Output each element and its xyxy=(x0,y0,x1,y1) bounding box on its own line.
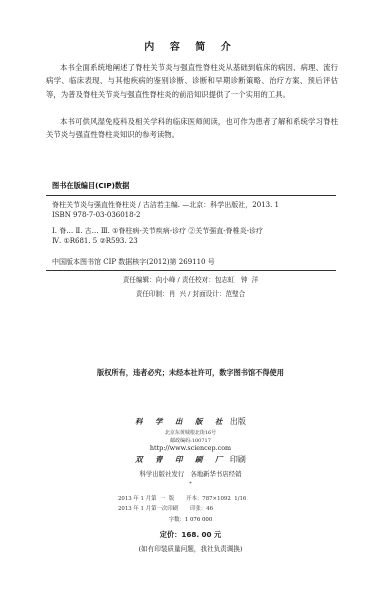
cip-top-divider xyxy=(46,195,336,196)
credits-production: 责任印制：肖 兴 / 封面设计：范璧合 xyxy=(0,288,381,298)
printer-line: 双 青 印 刷 厂 印刷 xyxy=(0,454,381,465)
publisher-name: 科 学 出 版 社 xyxy=(135,417,227,426)
printer-suffix: 印刷 xyxy=(227,455,246,464)
cip-catalog-number: 中国版本图书馆 CIP 数据核字(2012)第 269110 号 xyxy=(52,257,215,267)
credits-editors: 责任编辑：向小峰 / 责任校对：包志虹 钟 洋 xyxy=(0,274,381,284)
publisher-postcode: 邮政编码:100717 xyxy=(0,437,381,444)
separator-star: * xyxy=(0,481,381,487)
summary-paragraph-2: 本书可供风湿免疫科及相关学科的临床医师阅读，也可作为患者了解和系统学习脊柱关节炎… xyxy=(46,115,338,142)
summary-paragraph-1: 本书全面系统地阐述了脊柱关节炎与强直性脊柱炎从基础到临床的病因、病理、流行病学、… xyxy=(46,61,338,101)
edition-info: 2013 年 1 月第 一 版 开本：787×1092 1/16 xyxy=(118,494,246,502)
rights-notice: 版权所有，违者必究；未经本社许可，数字图书馆不得使用 xyxy=(0,368,381,378)
summary-title: 内 容 简 介 xyxy=(0,38,381,53)
publisher-website: http://www.sciencep.com xyxy=(0,444,381,452)
cip-bottom-divider xyxy=(46,270,336,271)
quality-note: (如有印装质量问题，我社负责调换) xyxy=(0,543,381,553)
publisher-line: 科 学 出 版 社 出版 xyxy=(0,416,381,427)
cip-line-class-codes: Ⅳ. ①R681. 5 ②R593. 23 xyxy=(52,237,138,245)
word-count: 字数：1 076 000 xyxy=(0,515,381,523)
printing-info: 2013 年 1 月第一次印刷 印张：46 xyxy=(118,504,213,512)
publisher-address: 北京东黄城根北街16号 xyxy=(0,429,381,436)
distribution-line: 科学出版社发行 各地新华书店经销 xyxy=(0,469,381,478)
price: 定价：168. 00 元 xyxy=(0,530,381,540)
publisher-suffix: 出版 xyxy=(227,417,246,426)
printer-name: 双 青 印 刷 厂 xyxy=(135,455,227,464)
cip-line-classification: Ⅰ. 脊… Ⅱ. 古… Ⅲ. ①脊柱病-关节疾病-诊疗 ②关节强直-脊椎炎-诊疗 xyxy=(52,226,263,236)
cip-line-title: 脊柱关节炎与强直性脊柱炎 / 古洁若主编. —北京：科学出版社，2013. 1 xyxy=(52,200,279,210)
cip-heading: 图书在版编目(CIP)数据 xyxy=(52,181,129,191)
cip-line-isbn: ISBN 978-7-03-036018-2 xyxy=(52,211,140,219)
